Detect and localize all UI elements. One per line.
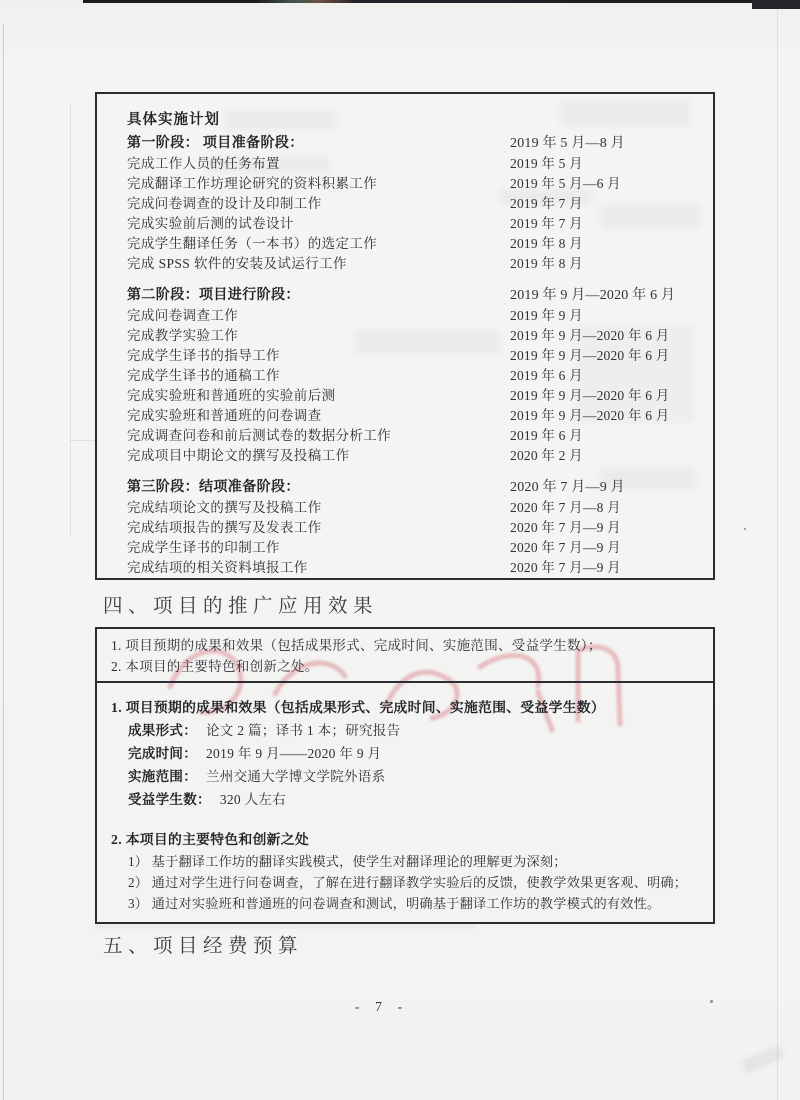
task-label: 完成 SPSS 软件的安装及试运行工作 xyxy=(127,256,347,271)
results-box: 1. 项目预期的成果和效果（包括成果形式、完成时间、实施范围、受益学生数）； 2… xyxy=(95,627,715,924)
task-label: 完成学生翻译任务（一本书）的选定工作 xyxy=(127,236,377,251)
date-label: 2019 年 9 月 xyxy=(510,306,583,326)
scan-speck xyxy=(744,528,746,530)
phase-date: 2019 年 9 月—2020 年 6 月 xyxy=(510,285,675,306)
plan-item-row: 完成学生译书的印制工作 2020 年 7 月—9 月 xyxy=(127,538,703,558)
task-label: 完成教学实验工作 xyxy=(127,328,238,343)
result-field: 成果形式：论文 2 篇；译书 1 本；研究报告 xyxy=(111,719,699,742)
plan-title: 具体实施计划 xyxy=(127,109,703,133)
date-label: 2019 年 8 月 xyxy=(510,254,583,274)
date-label: 2020 年 7 月—9 月 xyxy=(510,518,621,538)
feature-line: 2） 通过对学生进行问卷调查，了解在进行翻译教学实验后的反馈，使教学效果更客观、… xyxy=(111,872,699,893)
plan-item-row: 完成学生译书的指导工作 2019 年 9 月—2020 年 6 月 xyxy=(127,346,703,366)
date-label: 2019 年 6 月 xyxy=(510,366,583,386)
plan-item-row: 完成实验班和普通班的实验前后测 2019 年 9 月—2020 年 6 月 xyxy=(127,386,703,406)
task-label: 完成问卷调查工作 xyxy=(127,308,238,323)
section-4-title: 四、项目的推广应用效果 xyxy=(103,590,378,618)
plan-item-row: 完成教学实验工作 2019 年 9 月—2020 年 6 月 xyxy=(127,326,703,346)
feature-heading: 2. 本项目的主要特色和创新之处 xyxy=(111,829,699,851)
date-label: 2019 年 9 月—2020 年 6 月 xyxy=(510,386,669,406)
scanned-document-page: 具体实施计划 第一阶段： 项目准备阶段： 2019 年 5 月—8 月 完成工作… xyxy=(0,0,800,1100)
date-label: 2019 年 9 月—2020 年 6 月 xyxy=(510,346,669,366)
bleedthrough-table-line xyxy=(70,104,71,536)
result-field: 完成时间：2019 年 9 月——2020 年 9 月 xyxy=(111,742,699,765)
results-content: 1. 项目预期的成果和效果（包括成果形式、完成时间、实施范围、受益学生数） 成果… xyxy=(97,683,713,914)
task-label: 完成实验班和普通班的实验前后测 xyxy=(127,388,336,403)
date-label: 2019 年 9 月—2020 年 6 月 xyxy=(510,326,669,346)
phase-date: 2019 年 5 月—8 月 xyxy=(510,133,625,154)
date-label: 2019 年 7 月 xyxy=(510,194,583,214)
plan-item-row: 完成实验前后测的试卷设计 2019 年 7 月 xyxy=(127,214,703,234)
plan-item-row: 完成结项论文的撰写及投稿工作 2020 年 7 月—8 月 xyxy=(127,498,703,518)
scan-left-edge-line xyxy=(3,24,4,1100)
plan-item-row: 完成结项报告的撰写及发表工作 2020 年 7 月—9 月 xyxy=(127,518,703,538)
date-label: 2019 年 9 月—2020 年 6 月 xyxy=(510,406,669,426)
task-label: 完成学生译书的指导工作 xyxy=(127,348,280,363)
task-label: 完成项目中期论文的撰写及投稿工作 xyxy=(127,448,349,463)
date-label: 2019 年 5 月—6 月 xyxy=(510,174,621,194)
date-label: 2019 年 6 月 xyxy=(510,426,583,446)
field-value: 2019 年 9 月——2020 年 9 月 xyxy=(206,746,381,761)
plan-item-row: 完成翻译工作坊理论研究的资料积累工作 2019 年 5 月—6 月 xyxy=(127,174,703,194)
page-number: - 7 - xyxy=(0,1000,760,1016)
phase-date: 2020 年 7 月—9 月 xyxy=(510,477,625,498)
prompt-line: 1. 项目预期的成果和效果（包括成果形式、完成时间、实施范围、受益学生数）； xyxy=(111,635,699,656)
feature-line: 1） 基于翻译工作坊的翻译实践模式，使学生对翻译理论的理解更为深刻； xyxy=(111,851,699,872)
plan-item-row: 完成 SPSS 软件的安装及试运行工作 2019 年 8 月 xyxy=(127,254,703,274)
date-label: 2020 年 7 月—9 月 xyxy=(510,538,621,558)
date-label: 2020 年 7 月—9 月 xyxy=(510,558,621,578)
plan-item-row: 完成学生翻译任务（一本书）的选定工作 2019 年 8 月 xyxy=(127,234,703,254)
task-label: 完成翻译工作坊理论研究的资料积累工作 xyxy=(127,176,377,191)
plan-item-row: 完成结项的相关资料填报工作 2020 年 7 月—9 月 xyxy=(127,558,703,578)
field-value: 兰州交通大学博文学院外语系 xyxy=(206,769,385,784)
date-label: 2019 年 8 月 xyxy=(510,234,583,254)
task-label: 完成实验班和普通班的问卷调查 xyxy=(127,408,322,423)
task-label: 完成结项报告的撰写及发表工作 xyxy=(127,520,322,535)
phase-gap xyxy=(127,466,703,477)
date-label: 2019 年 5 月 xyxy=(510,154,583,174)
task-label: 完成学生译书的通稿工作 xyxy=(127,368,280,383)
feature-line: 3） 通过对实验班和普通班的问卷调查和测试，明确基于翻译工作坊的教学模式的有效性… xyxy=(111,893,699,914)
result-heading: 1. 项目预期的成果和效果（包括成果形式、完成时间、实施范围、受益学生数） xyxy=(111,697,699,719)
field-label: 完成时间： xyxy=(128,746,197,761)
section-5-title: 五、项目经费预算 xyxy=(103,930,303,958)
phase-heading-row: 第一阶段： 项目准备阶段： 2019 年 5 月—8 月 xyxy=(127,133,703,154)
bleedthrough-table-line xyxy=(70,440,95,441)
prompt-line: 2. 本项目的主要特色和创新之处。 xyxy=(111,656,699,677)
phase-gap xyxy=(127,274,703,285)
plan-item-row: 完成调查问卷和前后测试卷的数据分析工作 2019 年 6 月 xyxy=(127,426,703,446)
scan-top-right-corner xyxy=(752,0,800,9)
field-label: 受益学生数： xyxy=(128,792,211,807)
task-label: 完成实验前后测的试卷设计 xyxy=(127,216,294,231)
phase-heading: 第二阶段：项目进行阶段： xyxy=(127,288,300,303)
task-label: 完成结项的相关资料填报工作 xyxy=(127,560,308,575)
result-field: 受益学生数：320 人左右 xyxy=(111,788,699,811)
date-label: 2019 年 7 月 xyxy=(510,214,583,234)
field-value: 320 人左右 xyxy=(220,792,286,807)
plan-item-row: 完成实验班和普通班的问卷调查 2019 年 9 月—2020 年 6 月 xyxy=(127,406,703,426)
date-label: 2020 年 7 月—8 月 xyxy=(510,498,621,518)
date-label: 2020 年 2 月 xyxy=(510,446,583,466)
phase-heading: 第三阶段：结项准备阶段： xyxy=(127,480,300,495)
scan-top-edge xyxy=(83,0,800,3)
phase-heading-row: 第三阶段：结项准备阶段： 2020 年 7 月—9 月 xyxy=(127,477,703,498)
scan-right-edge-line xyxy=(777,9,778,1100)
results-prompts: 1. 项目预期的成果和效果（包括成果形式、完成时间、实施范围、受益学生数）； 2… xyxy=(97,629,713,677)
phase-heading-row: 第二阶段：项目进行阶段： 2019 年 9 月—2020 年 6 月 xyxy=(127,285,703,306)
task-label: 完成学生译书的印制工作 xyxy=(127,540,280,555)
implementation-plan-box: 具体实施计划 第一阶段： 项目准备阶段： 2019 年 5 月—8 月 完成工作… xyxy=(95,92,715,580)
plan-item-row: 完成学生译书的通稿工作 2019 年 6 月 xyxy=(127,366,703,386)
plan-item-row: 完成项目中期论文的撰写及投稿工作 2020 年 2 月 xyxy=(127,446,703,466)
field-label: 成果形式： xyxy=(128,723,197,738)
task-label: 完成工作人员的任务布置 xyxy=(127,156,280,171)
field-label: 实施范围： xyxy=(128,769,197,784)
task-label: 完成结项论文的撰写及投稿工作 xyxy=(127,500,322,515)
result-field: 实施范围：兰州交通大学博文学院外语系 xyxy=(111,765,699,788)
scan-smear xyxy=(95,925,475,928)
plan-item-row: 完成问卷调查工作 2019 年 9 月 xyxy=(127,306,703,326)
field-value: 论文 2 篇；译书 1 本；研究报告 xyxy=(206,723,400,738)
task-label: 完成问卷调查的设计及印制工作 xyxy=(127,196,322,211)
plan-item-row: 完成问卷调查的设计及印制工作 2019 年 7 月 xyxy=(127,194,703,214)
phase-heading: 第一阶段： 项目准备阶段： xyxy=(127,136,304,151)
plan-item-row: 完成工作人员的任务布置 2019 年 5 月 xyxy=(127,154,703,174)
task-label: 完成调查问卷和前后测试卷的数据分析工作 xyxy=(127,428,391,443)
scan-smudge xyxy=(741,1045,785,1074)
